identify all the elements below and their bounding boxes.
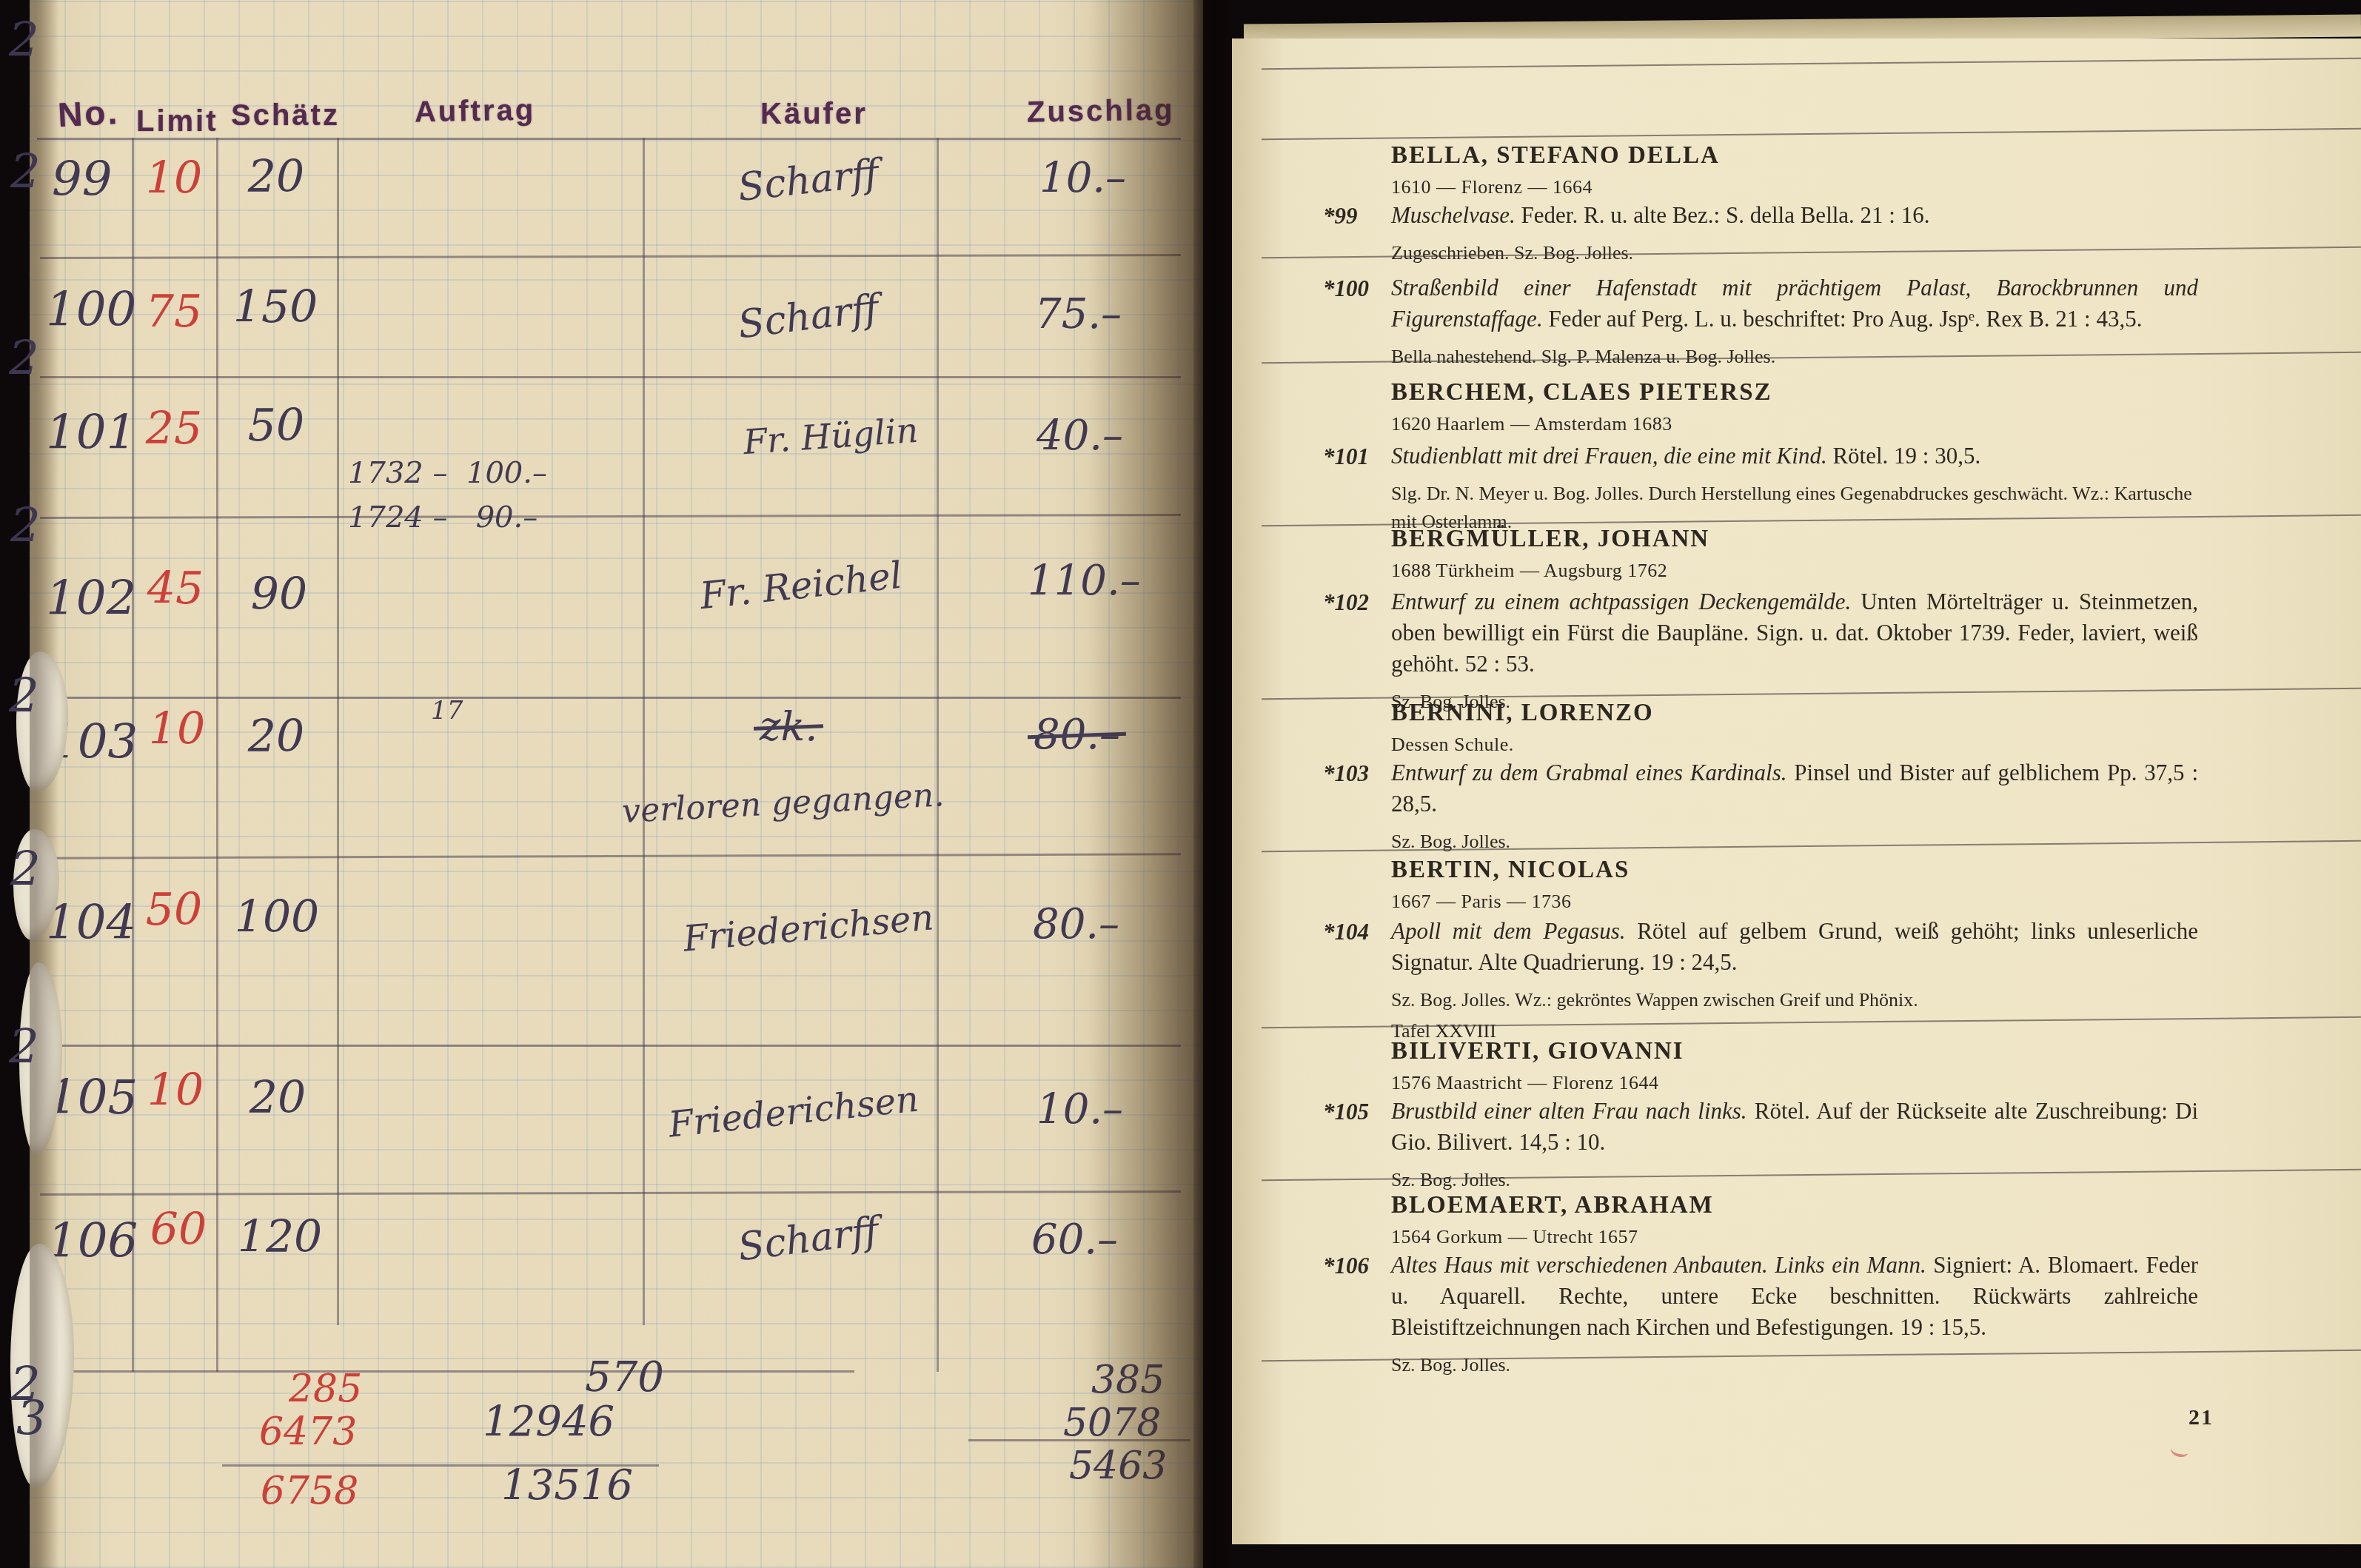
cell-zuschlag: 10.– [1037, 1085, 1123, 1133]
ledger-page: No. Limit Schätz Auftrag Käufer Zuschlag… [30, 0, 1203, 1568]
artist-name: BERTIN, NICOLAS [1391, 857, 1630, 883]
cell-auftrag-line2: 1724 – 90.– [348, 500, 537, 535]
row-line [40, 697, 1181, 699]
red-pencil-mark [2169, 1441, 2190, 1458]
margin-mark: 2 [9, 332, 39, 386]
cell-schaetz: 120 [221, 1211, 339, 1263]
cell-auftrag-line1: 1732 – 100.– [348, 456, 547, 490]
cell-no: 103 [47, 715, 138, 770]
row-line [40, 853, 1181, 859]
lot-entry: *99 Muschelvase. Feder. R. u. alte Bez.:… [1391, 200, 2198, 267]
artist-dates: 1610 — Florenz — 1664 [1391, 176, 2198, 198]
cell-schaetz: 20 [221, 151, 332, 203]
column-line [937, 138, 939, 1372]
artist-dates: 1688 Türkheim — Augsburg 1762 [1391, 560, 2198, 582]
row-line [40, 1370, 854, 1373]
cell-limit: 45 [135, 563, 216, 614]
sum-zuschlag-3: 5463 [1069, 1444, 1167, 1488]
sum-line [222, 1464, 659, 1467]
ledger-header-limit: Limit [136, 105, 218, 138]
sum-limit-1: 285 [289, 1367, 362, 1411]
sum-limit-3: 6758 [261, 1469, 358, 1513]
cell-schaetz: 150 [216, 281, 335, 333]
cell-zuschlag: 40.– [1037, 412, 1123, 460]
artist-header: BERTIN, NICOLAS 1667 — Paris — 1736 [1391, 857, 2198, 913]
book-gutter [1193, 0, 1232, 1568]
artist-dates: Dessen Schule. [1391, 734, 2198, 756]
lot-entry: *103 Entwurf zu dem Grabmal eines Kardin… [1391, 757, 2198, 856]
artist-name: BERGMÜLLER, JOHANN [1391, 526, 1709, 552]
cell-kaeufer: Scharff [652, 276, 965, 358]
cell-no: 105 [47, 1071, 138, 1125]
row-line [40, 254, 1181, 259]
sum-line [968, 1439, 1190, 1441]
page-number: 21 [2188, 1405, 2214, 1430]
lot-number: *102 [1323, 587, 1369, 618]
cell-limit: 10 [133, 153, 215, 204]
cell-kaeufer: Friederichsen [622, 1073, 965, 1150]
cell-no: 104 [46, 896, 136, 951]
sum-schaetz-1: 570 [585, 1353, 664, 1401]
lot-title: Entwurf zu dem Grabmal eines Kardinals. [1391, 760, 1786, 785]
row-line [40, 514, 1181, 519]
row-line [40, 1045, 1181, 1047]
cell-zuschlag: 60.– [1031, 1216, 1118, 1264]
column-line [216, 138, 218, 1372]
margin-mark: 2 [9, 1020, 39, 1075]
column-line [337, 138, 339, 1325]
margin-mark: 2 [9, 669, 39, 724]
cell-kaeufer-note: verloren gegangen. [621, 774, 993, 831]
cell-no: 106 [47, 1214, 138, 1269]
sum-zuschlag-2: 5078 [1063, 1401, 1161, 1445]
artist-header: BERCHEM, CLAES PIETERSZ 1620 Haarlem — A… [1391, 379, 2198, 435]
lot-number: *100 [1323, 273, 1369, 304]
cell-kaeufer: Scharff [652, 142, 965, 219]
sum-limit-2: 6473 [259, 1410, 357, 1454]
cell-no: 100 [46, 283, 136, 338]
catalog-page: BELLA, STEFANO DELLA 1610 — Florenz — 16… [1232, 38, 2361, 1544]
lot-note: Sz. Bog. Jolles. [1391, 1166, 2198, 1194]
artist-dates: 1620 Haarlem — Amsterdam 1683 [1391, 413, 2198, 435]
cell-schaetz: 90 [224, 569, 335, 620]
lot-title: Studienblatt mit drei Frauen, die eine m… [1391, 443, 1827, 469]
lot-title: Muschelvase. [1391, 202, 1516, 228]
lot-text: Feder. R. u. alte Bez.: S. della Bella. … [1516, 202, 1930, 228]
artist-header: BILIVERTI, GIOVANNI 1576 Maastricht — Fl… [1391, 1038, 2198, 1094]
artist-name: BILIVERTI, GIOVANNI [1391, 1038, 1684, 1065]
cell-schaetz: 100 [218, 891, 336, 943]
cell-no: 99 [52, 153, 112, 207]
artist-dates: 1564 Gorkum — Utrecht 1657 [1391, 1226, 2198, 1248]
lot-number: *101 [1323, 441, 1369, 472]
lot-entry: *106 Altes Haus mit verschiedenen Anbaut… [1391, 1250, 2198, 1379]
cell-zuschlag: 80.– [1033, 900, 1119, 948]
lot-entry: *105 Brustbild einer alten Frau nach lin… [1391, 1096, 2198, 1194]
cell-zuschlag: 110.– [1028, 557, 1141, 605]
lot-number: *99 [1323, 201, 1358, 232]
sum-schaetz-3: 13516 [501, 1461, 633, 1510]
margin-mark: 3 [16, 1392, 47, 1447]
margin-mark: 2 [10, 842, 41, 897]
cell-kaeufer: Fr. Hüglin [674, 405, 988, 466]
cell-limit: 25 [133, 403, 215, 455]
artist-name: BELLA, STEFANO DELLA [1391, 142, 1720, 169]
artist-dates: 1667 — Paris — 1736 [1391, 891, 2198, 913]
ledger-header-kaeufer: Käufer [760, 98, 868, 131]
row-line [40, 376, 1181, 378]
lot-entry: *100 Straßenbild einer Hafenstadt mit pr… [1391, 272, 2198, 371]
cell-zuschlag: 75.– [1035, 290, 1122, 338]
column-line [643, 138, 645, 1325]
artist-header: BLOEMAERT, ABRAHAM 1564 Gorkum — Utrecht… [1391, 1192, 2198, 1248]
cell-schaetz: 20 [222, 1072, 333, 1124]
lot-text: Rötel. 19 : 30,5. [1827, 443, 1981, 469]
cell-kaeufer: Fr. Reichel [637, 547, 965, 624]
artist-name: BERCHEM, CLAES PIETERSZ [1391, 379, 1772, 406]
row-line [40, 1190, 1181, 1196]
separator-line [1262, 58, 2361, 70]
book-photo: No. Limit Schätz Auftrag Käufer Zuschlag… [0, 0, 2361, 1568]
sum-zuschlag-1: 385 [1091, 1358, 1165, 1402]
ledger-header-zuschlag: Zuschlag [1027, 93, 1175, 129]
row-line [37, 138, 1181, 140]
artist-header: BELLA, STEFANO DELLA 1610 — Florenz — 16… [1391, 142, 2198, 198]
separator-line [1262, 128, 2361, 140]
lot-title: Entwurf zu einem achtpassigen Deckengemä… [1391, 589, 1851, 614]
ledger-header-schaetz: Schätz [231, 99, 340, 133]
cell-no: 102 [46, 572, 136, 626]
artist-name: BERNINI, LORENZO [1391, 700, 1654, 726]
lot-number: *104 [1323, 917, 1369, 948]
cell-limit: 75 [133, 286, 215, 338]
cell-no: 101 [46, 406, 136, 460]
cell-zuschlag-struck: 80.– [1034, 711, 1120, 759]
cell-kaeufer-struck: zk. [760, 703, 817, 750]
sum-schaetz-2: 12946 [483, 1398, 614, 1446]
margin-mark: 2 [10, 499, 41, 554]
lot-note: Sz. Bog. Jolles. [1391, 828, 2198, 856]
lot-entry: *101 Studienblatt mit drei Frauen, die e… [1391, 440, 2198, 536]
ledger-header-auftrag: Auftrag [415, 94, 536, 130]
cell-kaeufer: Friederichsen [637, 893, 979, 964]
cell-limit: 50 [133, 884, 215, 936]
cell-limit: 10 [136, 703, 218, 755]
lot-text: Feder auf Perg. L. u. beschriftet: Pro A… [1543, 306, 2143, 332]
lot-title: Altes Haus mit verschiedenen Anbauten. L… [1391, 1252, 1926, 1278]
lot-number: *105 [1323, 1096, 1369, 1128]
lot-number: *106 [1323, 1250, 1369, 1281]
artist-header: BERGMÜLLER, JOHANN 1688 Türkheim — Augsb… [1391, 526, 2198, 582]
cell-schaetz: 50 [221, 400, 332, 452]
cell-schaetz: 20 [221, 711, 332, 763]
lot-title: Brustbild einer alten Frau nach links. [1391, 1098, 1747, 1124]
column-line [132, 138, 134, 1372]
cell-kaeufer: Scharff [652, 1199, 965, 1281]
lot-note: Sz. Bog. Jolles. Wz.: gekröntes Wappen z… [1391, 986, 2198, 1014]
ledger-header-no: No. [57, 92, 121, 135]
artist-dates: 1576 Maastricht — Florenz 1644 [1391, 1072, 2198, 1094]
artist-header: BERNINI, LORENZO Dessen Schule. [1391, 700, 2198, 756]
lot-title: Apoll mit dem Pegasus. [1391, 918, 1625, 944]
artist-name: BLOEMAERT, ABRAHAM [1391, 1192, 1714, 1219]
cell-auftrag-mark: 17 [431, 696, 463, 726]
cell-limit: 60 [138, 1204, 219, 1256]
margin-mark: 2 [10, 145, 41, 200]
margin-mark: 2 [9, 13, 39, 68]
cell-zuschlag: 10.– [1039, 154, 1126, 202]
cell-limit: 10 [135, 1065, 216, 1116]
lot-number: *103 [1323, 758, 1369, 789]
